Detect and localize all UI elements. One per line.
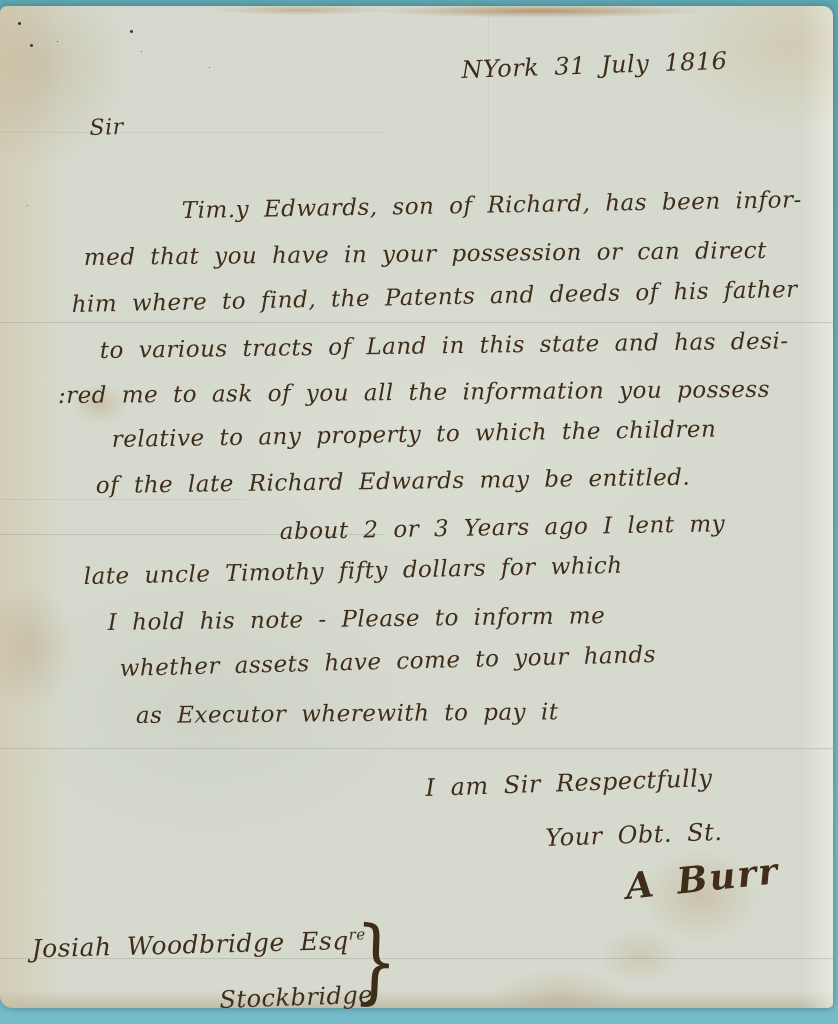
body-line: relative to any property to which the ch… <box>112 416 717 453</box>
salutation: Sir <box>89 115 124 141</box>
closing-line: Your Obt. St. <box>545 818 723 852</box>
letter-paper: NYork 31 July 1816 Sir Tim.y Edwards, so… <box>0 6 833 1008</box>
body-line: whether assets have come to your hands <box>119 642 656 682</box>
body-line: of the late Richard Edwards may be entit… <box>96 465 691 499</box>
body-line: about 2 or 3 Years ago I lent my <box>280 511 726 545</box>
closing-line: I am Sir Respectfully <box>425 764 713 802</box>
body-line: I hold his note - Please to inform me <box>108 603 606 636</box>
scanned-letter: NYork 31 July 1816 Sir Tim.y Edwards, so… <box>0 0 838 1024</box>
fold-crease <box>0 322 833 324</box>
address-town: Stockbridge <box>219 981 373 1014</box>
fold-crease-vertical <box>488 6 490 206</box>
ink-specks <box>18 22 21 25</box>
body-line: late uncle Timothy fifty dollars for whi… <box>83 553 622 590</box>
fold-crease <box>0 748 833 750</box>
body-line: :red me to ask of you all the informatio… <box>58 377 770 409</box>
fold-crease <box>0 499 250 501</box>
body-line: to various tracts of Land in this state … <box>100 328 789 364</box>
body-line: as Executor wherewith to pay it <box>136 699 559 729</box>
fold-crease <box>0 132 383 134</box>
dateline: NYork 31 July 1816 <box>461 47 728 84</box>
signature: A Burr <box>624 850 782 908</box>
body-line: Tim.y Edwards, son of Richard, has been … <box>182 187 802 224</box>
body-line: him where to find, the Patents and deeds… <box>71 277 797 318</box>
body-line: med that you have in your possession or … <box>84 238 767 271</box>
